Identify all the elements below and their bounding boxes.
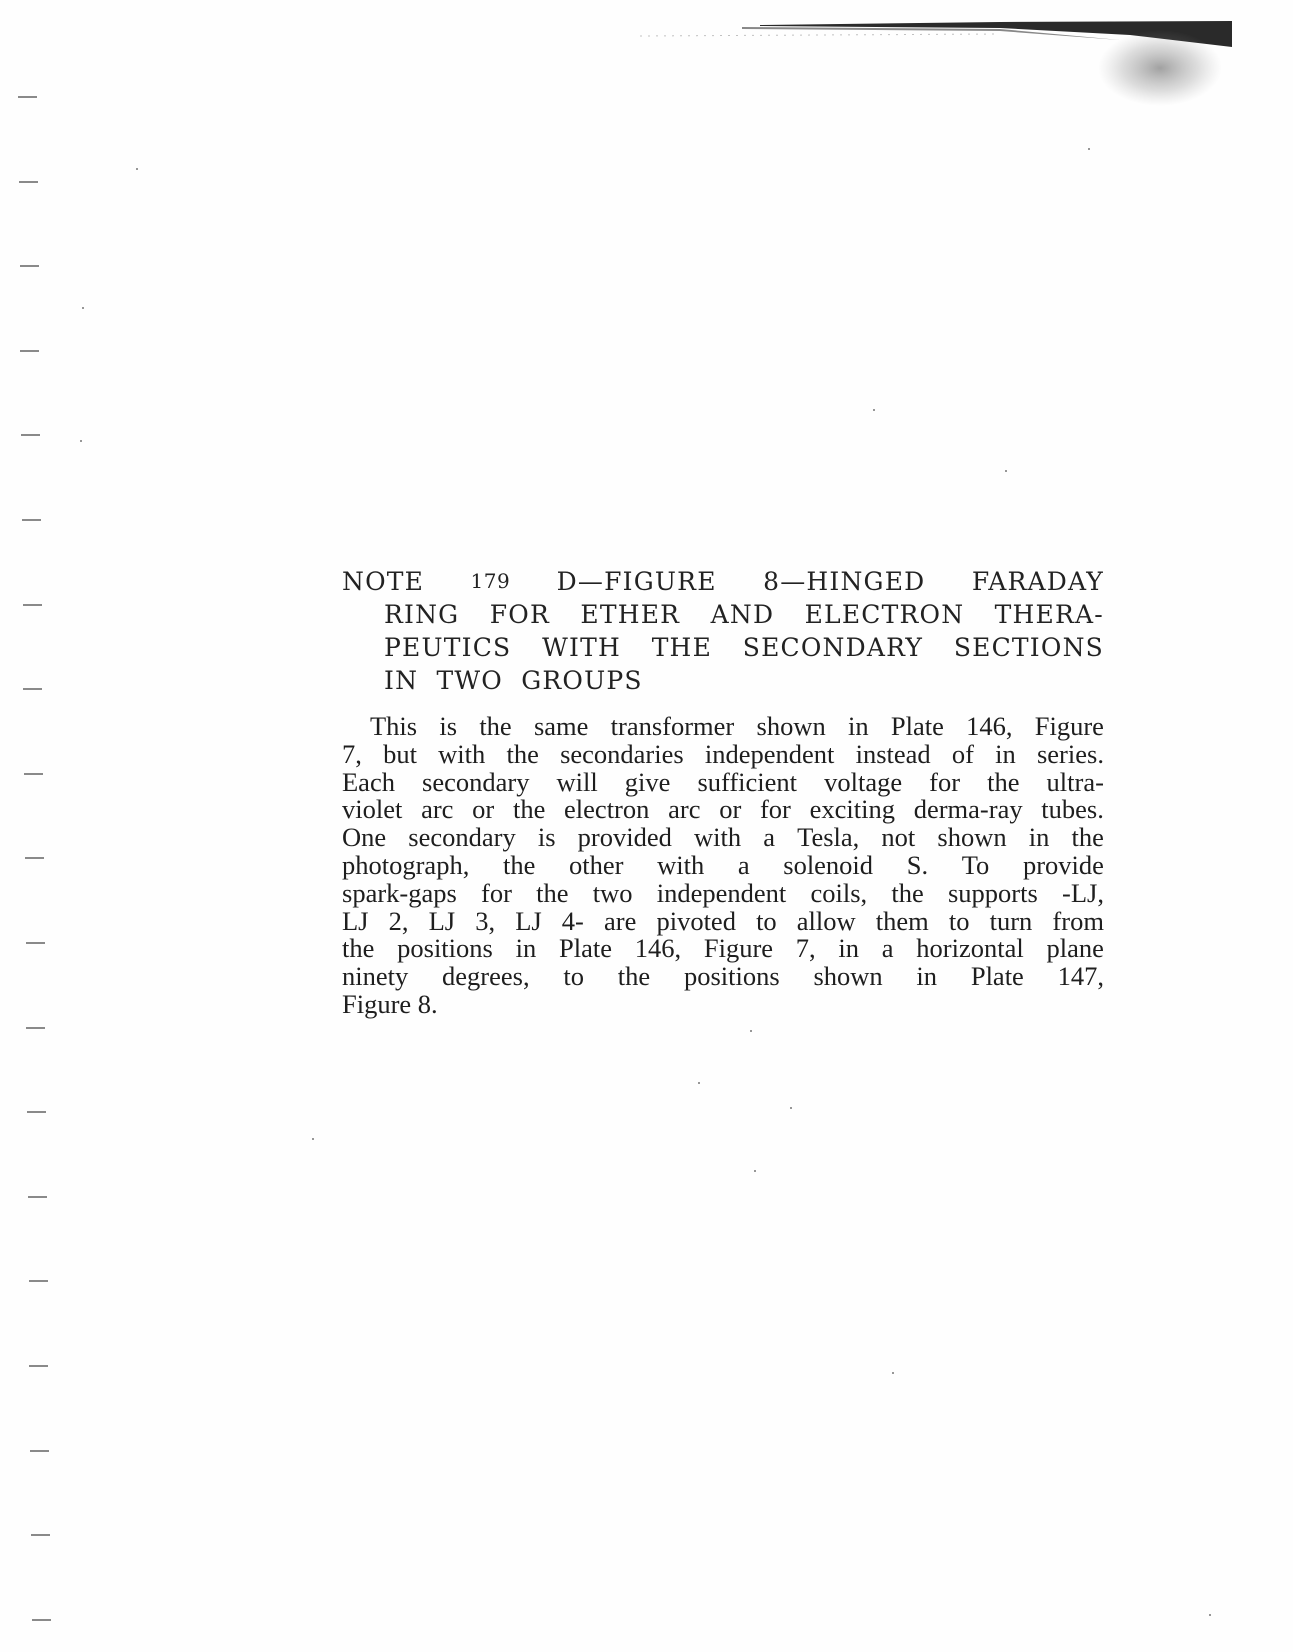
body-line: OnesecondaryisprovidedwithaTesla,notshow… bbox=[342, 824, 1104, 852]
body-line: violetarcortheelectronarcorforexcitingde… bbox=[342, 796, 1104, 824]
speck bbox=[698, 1082, 700, 1084]
margin-tick bbox=[20, 350, 39, 352]
heading-word: RING bbox=[384, 598, 459, 631]
margin-tick bbox=[19, 181, 38, 183]
heading-word: AND bbox=[711, 598, 775, 631]
heading-word: TWO bbox=[436, 666, 502, 695]
margin-tick bbox=[31, 1534, 50, 1536]
heading-word: THE bbox=[652, 631, 712, 664]
speck bbox=[873, 409, 875, 411]
margin-tick bbox=[28, 1196, 47, 1198]
speck bbox=[136, 168, 138, 170]
body-line: LJ2,LJ3,LJ4-arepivotedtoallowthemtoturnf… bbox=[342, 908, 1104, 936]
speck bbox=[892, 1372, 894, 1374]
margin-tick bbox=[23, 604, 42, 606]
body-line: photograph,theotherwithasolenoidS.Toprov… bbox=[342, 852, 1104, 880]
heading-word: THERA- bbox=[995, 598, 1104, 631]
heading-word: D—FIGURE bbox=[557, 565, 717, 598]
note-block: NOTE179D—FIGURE8—HINGEDFARADAYRINGFORETH… bbox=[342, 565, 1104, 1019]
scanned-page: NOTE179D—FIGURE8—HINGEDFARADAYRINGFORETH… bbox=[0, 0, 1293, 1652]
speck bbox=[312, 1138, 314, 1140]
note-body: ThisisthesametransformershowninPlate146,… bbox=[342, 713, 1104, 1019]
margin-tick bbox=[25, 857, 44, 859]
heading-word: GROUPS bbox=[521, 666, 643, 695]
margin-tick bbox=[24, 773, 43, 775]
heading-word: NOTE bbox=[342, 565, 424, 598]
heading-line: RINGFORETHERANDELECTRONTHERA- bbox=[342, 598, 1104, 631]
heading-word: 8—HINGED bbox=[763, 565, 925, 598]
margin-tick bbox=[20, 265, 39, 267]
heading-line: NOTE179D—FIGURE8—HINGEDFARADAY bbox=[342, 565, 1104, 598]
speck bbox=[1088, 148, 1090, 150]
heading-word: PEUTICS bbox=[384, 631, 511, 664]
heading-word: 179 bbox=[471, 565, 511, 598]
heading-word: SECTIONS bbox=[954, 631, 1104, 664]
margin-tick bbox=[23, 688, 42, 690]
speck bbox=[1005, 470, 1007, 472]
speck bbox=[1209, 1614, 1211, 1616]
body-line: 7,butwiththesecondariesindependentinstea… bbox=[342, 741, 1104, 769]
margin-tick bbox=[18, 96, 37, 98]
heading-word: ELECTRON bbox=[805, 598, 965, 631]
heading-word: FARADAY bbox=[972, 565, 1104, 598]
margin-tick bbox=[22, 519, 41, 521]
heading-word: IN bbox=[384, 666, 418, 695]
margin-tick bbox=[29, 1280, 48, 1282]
body-line: ninetydegrees,tothepositionsshowninPlate… bbox=[342, 963, 1104, 991]
margin-tick bbox=[29, 1365, 48, 1367]
body-line: spark-gapsforthetwoindependentcoils,thes… bbox=[342, 880, 1104, 908]
body-line: Eachsecondarywillgivesufficientvoltagefo… bbox=[342, 769, 1104, 797]
speck bbox=[754, 1170, 756, 1172]
margin-tick bbox=[21, 434, 40, 436]
scan-shadow-artifact bbox=[0, 0, 1293, 140]
speck bbox=[750, 1030, 752, 1032]
note-heading: NOTE179D—FIGURE8—HINGEDFARADAYRINGFORETH… bbox=[342, 565, 1104, 697]
margin-tick bbox=[26, 1027, 45, 1029]
margin-tick bbox=[27, 1111, 46, 1113]
margin-tick bbox=[26, 942, 45, 944]
speck bbox=[790, 1107, 792, 1109]
heading-word: ETHER bbox=[580, 598, 680, 631]
heading-word: WITH bbox=[542, 631, 621, 664]
speck bbox=[82, 307, 84, 309]
body-line: ThisisthesametransformershowninPlate146,… bbox=[342, 713, 1104, 741]
body-line: thepositionsinPlate146,Figure7,inahorizo… bbox=[342, 935, 1104, 963]
heading-line: PEUTICSWITHTHESECONDARYSECTIONS bbox=[342, 631, 1104, 664]
margin-tick bbox=[32, 1619, 51, 1621]
heading-word: FOR bbox=[490, 598, 550, 631]
margin-tick bbox=[30, 1450, 49, 1452]
speck bbox=[80, 440, 82, 442]
heading-line: IN TWO GROUPS bbox=[342, 664, 1104, 697]
heading-word: SECONDARY bbox=[743, 631, 923, 664]
body-line: Figure 8. bbox=[342, 991, 1104, 1019]
